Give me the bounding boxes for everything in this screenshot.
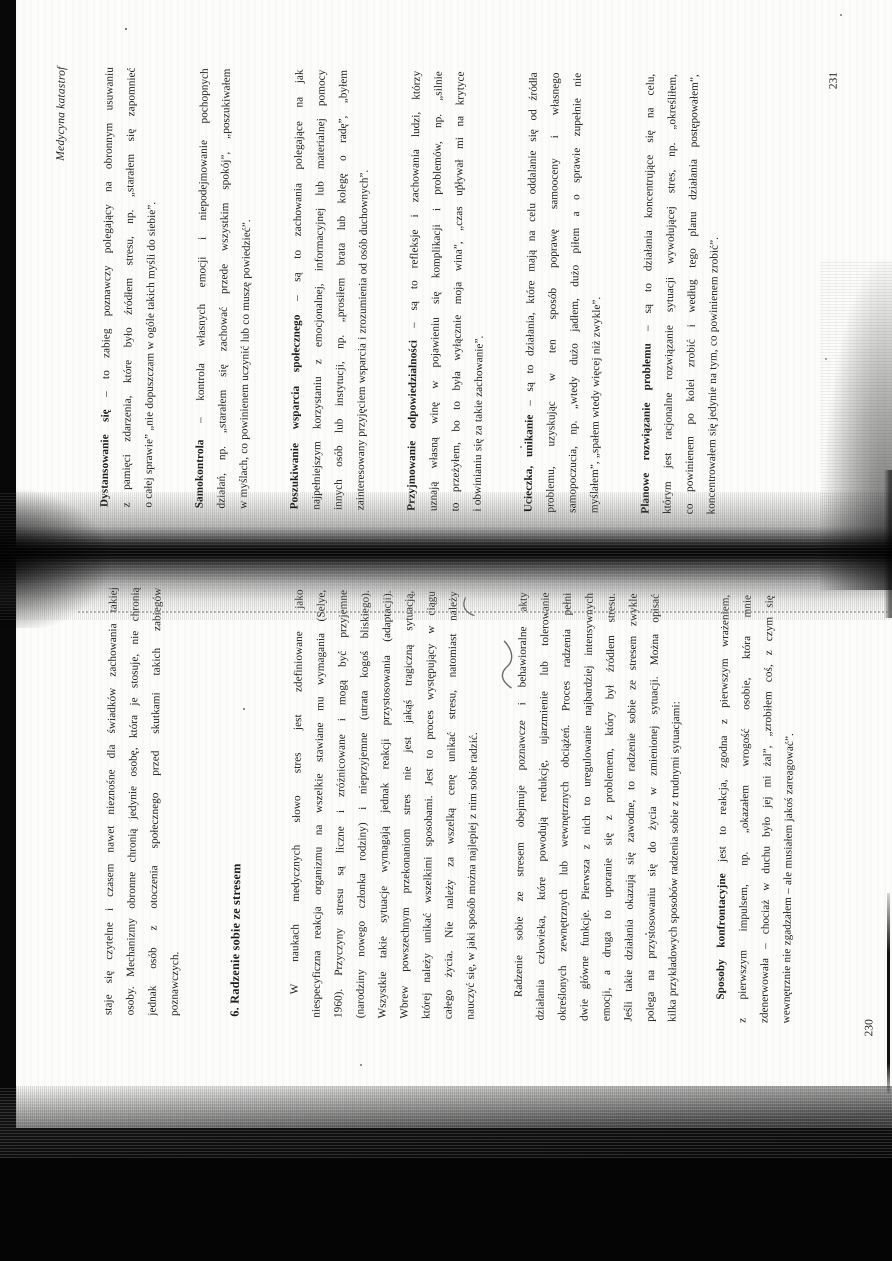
line-text: co powinienem po kolei zrobić i według t… (683, 74, 700, 514)
line-text: (narodziny nowego członka rodziny) i nie… (354, 590, 371, 1018)
line-text: – są to działania, które mają na celu od… (524, 72, 540, 414)
line-text: o całej sprawie” „nie dopuszczam w ogóle… (142, 202, 158, 508)
line-text: całego życia. Nie należy za wszelką cenę… (442, 591, 459, 1019)
line-text: Wbrew powszechnym przekonaniom stres nie… (398, 591, 415, 1019)
paragraph: Samokontrola – kontrola własnych emocji … (188, 68, 259, 509)
line-text: – są to zachowania polegające na jak (291, 69, 306, 314)
line-text: – kontrola własnych emocji i niepodejmow… (194, 68, 211, 439)
book-gutter-shadow (0, 492, 892, 620)
line-text: emocji, a druga to uporanie się z proble… (600, 593, 617, 1021)
line-text: Jeśli takie działania okazują się zawodn… (622, 593, 639, 1021)
bold-lead: Poszukiwanie wsparcia społecznego (288, 314, 302, 509)
line-text: której należy unikać wszelkimi sposobami… (420, 591, 437, 1019)
line-text: zdenerwowała – chociaż w duchu było jej … (758, 595, 775, 1023)
line-text: – są to refleksje i zachowania ludzi, kt… (408, 71, 423, 340)
line-text: Wszystkie takie sytuacje wymagają jednak… (376, 590, 393, 1018)
scanned-book-spread: { "document": { "running_header": "Medyc… (0, 0, 892, 1261)
page-edge-shadow (884, 470, 892, 618)
line-text: myślałem”, „spałem wtedy więcej niż zwyk… (588, 297, 603, 514)
line-text: zainteresowany przyjęciem wsparcia i zro… (354, 170, 370, 511)
line-text: problemu, uzyskując w ten sposób poprawę… (544, 72, 561, 512)
book-page-right: Medycyna katastrof Dystansowanie się – t… (16, 0, 892, 557)
line-text: 1960). Przyczyny stresu są liczne i zróż… (332, 590, 349, 1018)
line-text: określonych zewnętrznych lub wewnętrznyc… (556, 593, 573, 1021)
line-text: nauczyć się, w jaki sposób można najlepi… (464, 732, 480, 1019)
section-heading: 6. Radzenie sobie ze stresem (223, 589, 250, 1017)
paragraph: W naukach medycznych słowo stres jest zd… (283, 589, 486, 1019)
paragraph: Poszukiwanie wsparcia społecznego – są t… (283, 69, 376, 510)
line-text: poznawczych. (168, 952, 181, 1016)
running-header: Medycyna katastrof (55, 66, 68, 160)
bold-lead: Przyjmowanie odpowiedzialności (405, 340, 419, 511)
page-body: staje się czytelne i czasem nawet niezno… (97, 587, 828, 1024)
line-text: koncentrowałem się jedynie na tym, co po… (705, 237, 720, 515)
line-text: niespecyficzna reakcja organizmu na wsze… (310, 590, 327, 1018)
gutter-shadow-cloud (820, 260, 892, 590)
line-text: polega na przystosowaniu się do życia w … (644, 594, 661, 1022)
line-text: – to zabieg poznawczy polegający na obro… (100, 67, 116, 409)
line-text: Radzenie sobie ze stresem obejmuje pozna… (513, 592, 530, 997)
line-text: jest to reakcja, zgodna z pierwszym wraż… (716, 595, 731, 874)
bold-lead: Sposoby konfrontacyjne (715, 873, 729, 1000)
page-body: Dystansowanie się – to zabieg poznawczy … (93, 67, 756, 515)
line-text: to przeżyłem, bo to była wyłącznie moja … (449, 71, 466, 511)
line-text: kilka przykładowych sposobów radzenia so… (666, 701, 682, 1022)
line-text: i obwinianiu się za takie zachowanie”. (471, 336, 485, 512)
line-text: w myślach, co powinienem uczynić lub co … (237, 219, 253, 509)
gutter-shadow-blob (0, 488, 110, 628)
book-page-left: staje się czytelne i czasem nawet niezno… (16, 560, 892, 1147)
line-text: z pierwszym impulsem, np. „okazałem wrog… (736, 595, 753, 1023)
line-text: samopoczucia, np. „wtedy dużo jadłem, du… (566, 73, 583, 513)
paragraph: Radzenie sobie ze stresem obejmuje pozna… (507, 592, 688, 1022)
paragraph: staje się czytelne i czasem nawet niezno… (97, 587, 190, 1016)
paragraph: Planowe rozwiązanie problemu – są to dzi… (634, 74, 727, 515)
line-text: staje się czytelne i czasem nawet niezno… (102, 587, 119, 1015)
line-text: uznają własną winę w pojawieniu się komp… (427, 71, 444, 511)
page-edge-line (887, 893, 890, 1093)
line-text: działania człowieka, które powodują redu… (534, 592, 551, 1020)
line-text: W naukach medycznych słowo stres jest zd… (289, 589, 306, 994)
paragraph: Dystansowanie się – to zabieg poznawczy … (93, 67, 164, 508)
line-text: którym jest racjonalne rozwiązanie sytua… (661, 74, 678, 514)
line-text: działań, np. „starałem się zachować prze… (215, 68, 232, 508)
page-number: 230 (863, 1019, 875, 1036)
bold-lead: Planowe rozwiązanie problemu (639, 343, 653, 514)
scanner-background (0, 1158, 892, 1261)
line-text: – są to działania koncentrujące się na c… (642, 74, 657, 344)
page-fold-dotted-line (78, 611, 892, 613)
line-text: wewnętrznie nie zgadzałem – ale musiałem… (780, 733, 796, 1023)
paragraph: Ucieczka, unikanie – są to działania, kt… (517, 72, 610, 513)
line-text: innych osób lub instytucji, np. „prosiłe… (332, 70, 349, 510)
page-number: 231 (828, 72, 840, 89)
line-text: osoby. Mechanizmy obronne chronią jedyni… (124, 587, 141, 1015)
paragraph: Sposoby konfrontacyjne jest to reakcja, … (709, 594, 802, 1023)
line-text: z pamięci zdarzenia, które było źródłem … (120, 67, 137, 507)
paragraph: Przyjmowanie odpowiedzialności – są to r… (400, 71, 493, 512)
line-text: najpełniejszym korzystaniu z emocjonalne… (310, 70, 327, 510)
scanner-edge-bar (0, 0, 16, 1261)
book-fore-edge-shadow (0, 1086, 892, 1164)
line-text: dwie główne funkcje. Pierwsza z nich to … (578, 593, 595, 1021)
line-text: jednak osób z otoczenia społecznego prze… (146, 588, 163, 1016)
